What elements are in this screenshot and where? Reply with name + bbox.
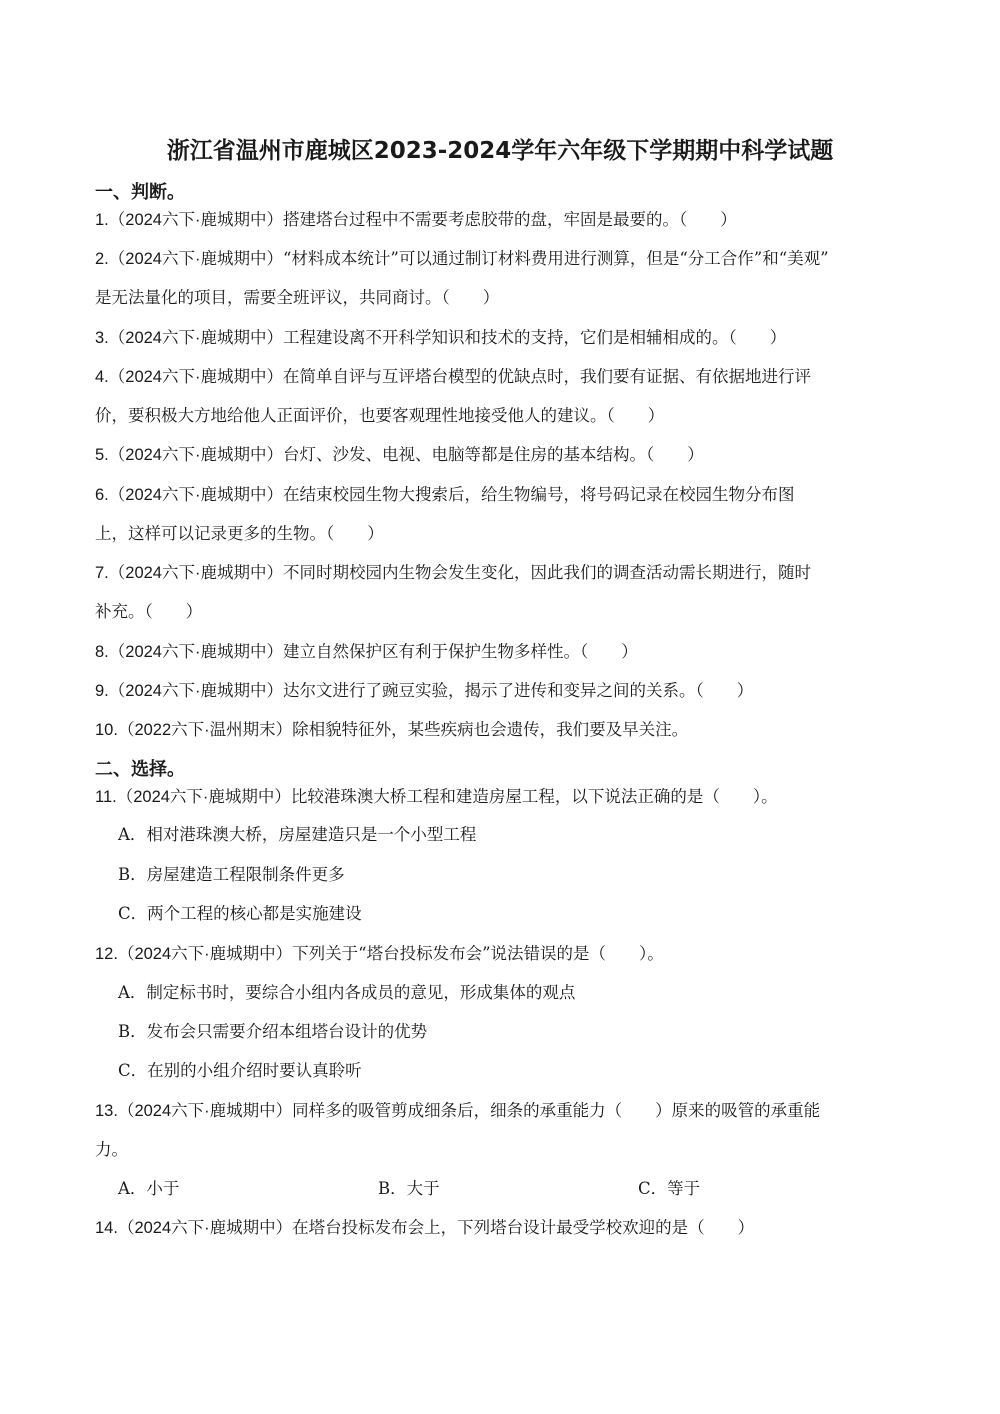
- question-source: （2024六下·鹿城期中）: [118, 1102, 292, 1120]
- question-text: 达尔文进行了豌豆实验，揭示了进传和变异之间的关系。（ ）: [283, 681, 753, 700]
- question-source: （2024六下·鹿城期中）: [118, 945, 292, 963]
- question-1: 1.（2024六下·鹿城期中）搭建塔台过程中不需要考虑胶带的盘，牢固是最要的。（…: [95, 208, 737, 232]
- question-4-line-2: 价，要积极大方地给他人正面评价，也要客观理性地接受他人的建议。（ ）: [95, 404, 664, 428]
- question-text: 不同时期校园内生物会发生变化，因此我们的调查活动需长期进行，随时: [283, 563, 811, 582]
- question-8: 8.（2024六下·鹿城期中）建立自然保护区有利于保护生物多样性。（ ）: [95, 640, 638, 664]
- question-2: 2.（2024六下·鹿城期中）“材料成本统计”可以通过制订材料费用进行测算，但是…: [95, 247, 829, 271]
- question-text: 下列关于“塔台投标发布会”说法错误的是（ ）。: [292, 944, 664, 963]
- question-number: 6.: [95, 486, 109, 504]
- question-text: 在结束校园生物大搜索后，给生物编号，将号码记录在校园生物分布图: [283, 485, 795, 504]
- question-14: 14.（2024六下·鹿城期中）在塔台投标发布会上，下列塔台设计最受学校欢迎的是…: [95, 1216, 754, 1240]
- question-source: （2024六下·鹿城期中）: [109, 564, 283, 582]
- question-7: 7.（2024六下·鹿城期中）不同时期校园内生物会发生变化，因此我们的调查活动需…: [95, 561, 811, 585]
- question-number: 8.: [95, 643, 109, 661]
- question-12: 12.（2024六下·鹿城期中）下列关于“塔台投标发布会”说法错误的是（ ）。: [95, 942, 664, 966]
- question-number: 3.: [95, 329, 109, 347]
- question-number: 9.: [95, 682, 109, 700]
- question-7-line-2: 补充。（ ）: [95, 600, 202, 624]
- question-number: 2.: [95, 250, 109, 268]
- option-12-c: C．在别的小组介绍时要认真聆听: [118, 1059, 362, 1083]
- question-9: 9.（2024六下·鹿城期中）达尔文进行了豌豆实验，揭示了进传和变异之间的关系。…: [95, 679, 753, 703]
- option-12-b: B．发布会只需要介绍本组塔台设计的优势: [118, 1020, 427, 1044]
- question-text: 同样多的吸管剪成细条后，细条的承重能力（ ）原来的吸管的承重能: [292, 1101, 820, 1120]
- question-13: 13.（2024六下·鹿城期中）同样多的吸管剪成细条后，细条的承重能力（ ）原来…: [95, 1099, 820, 1123]
- question-10: 10.（2022六下·温州期末）除相貌特征外，某些疾病也会遗传，我们要及早关注。: [95, 718, 688, 742]
- question-text: 比较港珠澳大桥工程和建造房屋工程，以下说法正确的是（ ）。: [291, 787, 778, 806]
- question-source: （2024六下·鹿城期中）: [109, 368, 283, 386]
- question-text: 台灯、沙发、电视、电脑等都是住房的基本结构。（ ）: [283, 445, 704, 464]
- question-source: （2024六下·鹿城期中）: [109, 682, 283, 700]
- option-11-b: B．房屋建造工程限制条件更多: [118, 863, 345, 887]
- question-number: 1.: [95, 211, 109, 229]
- document-title: 浙江省温州市鹿城区2023-2024学年六年级下学期期中科学试题: [0, 132, 1000, 165]
- question-number: 13.: [95, 1102, 118, 1120]
- question-number: 12.: [95, 945, 118, 963]
- question-number: 7.: [95, 564, 109, 582]
- option-13-b: B．大于: [378, 1177, 440, 1201]
- question-number: 5.: [95, 446, 109, 464]
- question-3: 3.（2024六下·鹿城期中）工程建设离不开科学知识和技术的支持，它们是相辅相成…: [95, 326, 786, 350]
- question-number: 4.: [95, 368, 109, 386]
- question-text: 搭建塔台过程中不需要考虑胶带的盘，牢固是最要的。（ ）: [283, 210, 737, 229]
- question-text: 建立自然保护区有利于保护生物多样性。（ ）: [283, 642, 638, 661]
- question-source: （2024六下·鹿城期中）: [109, 446, 283, 464]
- option-13-a: A．小于: [118, 1177, 179, 1201]
- question-source: （2022六下·温州期末）: [118, 721, 292, 739]
- question-number: 14.: [95, 1219, 118, 1237]
- question-11: 11.（2024六下·鹿城期中）比较港珠澳大桥工程和建造房屋工程，以下说法正确的…: [95, 785, 778, 809]
- question-2-line-2: 是无法量化的项目，需要全班评议，共同商讨。（ ）: [95, 286, 499, 310]
- question-number: 10.: [95, 721, 118, 739]
- question-source: （2024六下·鹿城期中）: [109, 250, 283, 268]
- question-source: （2024六下·鹿城期中）: [109, 486, 283, 504]
- question-source: （2024六下·鹿城期中）: [118, 1219, 292, 1237]
- question-number: 11.: [95, 788, 117, 806]
- question-13-line-2: 力。: [95, 1138, 128, 1162]
- question-text: 除相貌特征外，某些疾病也会遗传，我们要及早关注。: [292, 720, 688, 739]
- option-12-a: A．制定标书时，要综合小组内各成员的意见，形成集体的观点: [118, 981, 575, 1005]
- question-6-line-2: 上，这样可以记录更多的生物。（ ）: [95, 522, 384, 546]
- option-13-c: C．等于: [638, 1177, 700, 1201]
- question-text: 在简单自评与互评塔台模型的优缺点时，我们要有证据、有依据地进行评: [283, 367, 811, 386]
- question-5: 5.（2024六下·鹿城期中）台灯、沙发、电视、电脑等都是住房的基本结构。（ ）: [95, 443, 704, 467]
- question-source: （2024六下·鹿城期中）: [109, 211, 283, 229]
- section-heading-judgment: 一、判断。: [95, 178, 185, 204]
- section-heading-choice: 二、选择。: [95, 755, 185, 781]
- question-source: （2024六下·鹿城期中）: [109, 643, 283, 661]
- question-text: 工程建设离不开科学知识和技术的支持，它们是相辅相成的。（ ）: [283, 328, 786, 347]
- question-source: （2024六下·鹿城期中）: [117, 788, 291, 806]
- question-6: 6.（2024六下·鹿城期中）在结束校园生物大搜索后，给生物编号，将号码记录在校…: [95, 483, 794, 507]
- question-text: “材料成本统计”可以通过制订材料费用进行测算，但是“分工合作”和“美观”: [283, 249, 829, 268]
- question-text: 在塔台投标发布会上，下列塔台设计最受学校欢迎的是（ ）: [292, 1218, 754, 1237]
- exam-page: 浙江省温州市鹿城区2023-2024学年六年级下学期期中科学试题 一、判断。 1…: [0, 0, 1000, 1414]
- option-11-a: A．相对港珠澳大桥，房屋建造只是一个小型工程: [118, 823, 476, 847]
- question-4: 4.（2024六下·鹿城期中）在简单自评与互评塔台模型的优缺点时，我们要有证据、…: [95, 365, 811, 389]
- question-source: （2024六下·鹿城期中）: [109, 329, 283, 347]
- option-11-c: C．两个工程的核心都是实施建设: [118, 902, 362, 926]
